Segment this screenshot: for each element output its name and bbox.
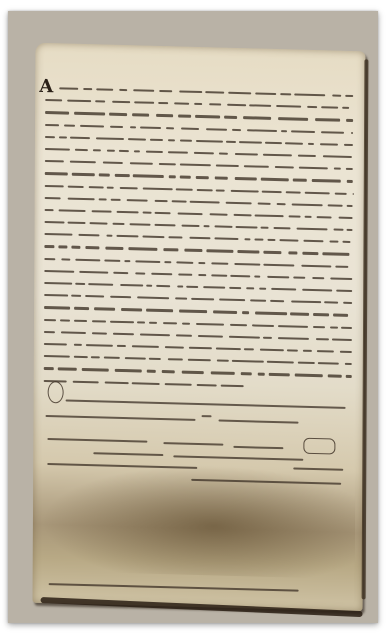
ink-word xyxy=(346,168,353,170)
ink-word xyxy=(332,338,352,341)
ink-word xyxy=(45,197,61,200)
ink-word xyxy=(85,295,104,298)
ink-word xyxy=(103,162,123,165)
ink-word xyxy=(83,88,92,90)
ink-word xyxy=(91,356,100,358)
ink-word xyxy=(110,320,134,323)
ink-word xyxy=(164,261,171,263)
ink-word xyxy=(190,200,220,203)
ink-word xyxy=(45,209,54,211)
ink-word xyxy=(142,236,164,239)
ink-word xyxy=(231,275,251,278)
ink-word xyxy=(243,117,271,120)
ink-word xyxy=(345,375,351,377)
ink-word xyxy=(303,240,323,243)
ink-word xyxy=(331,277,353,280)
ink-word xyxy=(61,331,86,334)
ink-word xyxy=(58,368,77,371)
witness-line xyxy=(173,455,303,460)
ink-word xyxy=(346,95,354,97)
ink-word xyxy=(92,320,107,323)
ink-word xyxy=(334,168,341,170)
ink-word xyxy=(92,210,112,213)
ink-word xyxy=(132,114,149,117)
ink-word xyxy=(209,103,221,106)
ink-word xyxy=(260,288,267,290)
signature-line xyxy=(66,400,346,409)
ink-word xyxy=(110,113,127,116)
ink-word xyxy=(44,343,67,346)
ink-word xyxy=(187,359,210,362)
ink-word xyxy=(143,187,172,190)
ink-word xyxy=(128,248,157,251)
ink-word xyxy=(252,324,274,327)
ink-word xyxy=(191,298,215,301)
ink-word xyxy=(74,319,87,322)
ink-word xyxy=(196,383,217,386)
ink-word xyxy=(237,250,259,253)
ink-word xyxy=(163,249,178,252)
ink-word xyxy=(305,216,312,218)
ink-word xyxy=(86,344,113,347)
ink-word xyxy=(72,246,81,248)
ink-word xyxy=(321,131,344,134)
witness-line xyxy=(233,446,283,449)
ink-word xyxy=(146,285,152,287)
rota-seal-icon xyxy=(303,438,335,455)
ink-word xyxy=(320,143,338,146)
ink-word xyxy=(110,296,131,299)
ink-word xyxy=(221,384,244,387)
ink-word xyxy=(270,300,284,303)
ink-word xyxy=(196,176,208,179)
ink-word xyxy=(156,114,174,117)
ink-word xyxy=(328,204,343,207)
ink-word xyxy=(146,309,173,312)
ink-word xyxy=(82,368,109,371)
ink-word xyxy=(74,307,89,310)
ink-word xyxy=(175,334,191,337)
ink-word xyxy=(118,150,129,152)
ink-word xyxy=(255,92,276,95)
ink-word xyxy=(286,191,301,194)
ink-word xyxy=(132,175,163,178)
ink-word xyxy=(159,90,172,93)
ink-word xyxy=(267,361,294,364)
ink-word xyxy=(128,138,147,141)
ink-word xyxy=(281,130,288,132)
ink-word xyxy=(130,162,153,165)
ink-word xyxy=(175,298,187,301)
ink-word xyxy=(285,142,303,145)
ink-word xyxy=(44,270,74,273)
ink-word xyxy=(278,117,308,120)
ink-word xyxy=(70,136,90,139)
ink-word xyxy=(316,338,329,341)
ink-word xyxy=(150,138,163,141)
ink-word xyxy=(179,164,210,167)
ink-word xyxy=(196,140,223,143)
ink-word xyxy=(181,225,200,228)
ink-word xyxy=(279,239,298,242)
ink-word xyxy=(255,312,287,315)
ink-word xyxy=(295,374,323,377)
ink-word xyxy=(324,301,338,304)
ink-word xyxy=(288,252,297,254)
ink-word xyxy=(198,274,206,276)
ink-word xyxy=(207,250,233,253)
ink-word xyxy=(269,373,290,376)
cross-mark xyxy=(202,415,212,417)
witness-line xyxy=(163,442,223,446)
ink-word xyxy=(154,224,175,227)
ink-word xyxy=(180,176,191,178)
ink-word xyxy=(135,260,160,263)
ink-word xyxy=(140,126,161,129)
ink-word xyxy=(68,222,86,225)
ink-word xyxy=(301,264,331,267)
ink-word xyxy=(189,347,213,350)
ink-word xyxy=(291,313,309,316)
ink-word xyxy=(317,350,334,353)
ink-word xyxy=(130,223,151,226)
ink-word xyxy=(276,203,285,205)
photo-frame: A xyxy=(8,11,378,623)
ink-word xyxy=(244,238,250,240)
ink-word xyxy=(258,202,271,205)
ink-word xyxy=(44,233,72,236)
ink-word xyxy=(267,276,289,279)
ink-word xyxy=(255,214,284,217)
ink-word xyxy=(232,360,263,363)
ink-word xyxy=(44,331,55,333)
ink-word xyxy=(226,140,236,142)
ink-word xyxy=(261,227,269,229)
ink-word xyxy=(298,155,316,158)
ink-word xyxy=(302,289,333,292)
ink-word xyxy=(132,345,159,348)
ink-word xyxy=(219,152,228,154)
ink-word xyxy=(340,351,352,353)
ink-word xyxy=(181,127,199,130)
ink-word xyxy=(335,265,349,268)
ink-word xyxy=(75,283,84,285)
ink-word xyxy=(272,288,296,291)
ink-word xyxy=(155,212,171,215)
ink-word xyxy=(347,205,353,207)
ink-word xyxy=(168,176,175,178)
ink-word xyxy=(214,177,228,180)
ink-word xyxy=(45,148,70,151)
ink-word xyxy=(337,290,353,293)
ink-word xyxy=(119,89,127,91)
ink-word xyxy=(162,370,175,373)
ink-word xyxy=(344,363,351,365)
ink-word xyxy=(313,326,325,329)
chrismon-monogram-icon xyxy=(48,381,64,403)
ink-word xyxy=(211,372,235,375)
ink-word xyxy=(181,371,204,374)
ink-word xyxy=(334,229,344,231)
ink-word xyxy=(45,124,59,127)
ink-word xyxy=(64,124,76,126)
ink-word xyxy=(211,262,228,265)
ink-word xyxy=(342,107,349,109)
ink-word xyxy=(146,151,163,154)
ink-word xyxy=(117,345,126,347)
ink-word xyxy=(234,153,257,156)
ink-word xyxy=(312,179,341,182)
ink-word xyxy=(186,286,198,288)
ink-word xyxy=(112,101,130,104)
parchment-right-edge xyxy=(362,59,369,599)
ink-word xyxy=(104,381,128,384)
ink-word xyxy=(211,274,227,277)
ink-word xyxy=(126,199,147,202)
ink-word xyxy=(176,261,194,264)
ink-word xyxy=(263,336,271,338)
ink-word xyxy=(117,235,139,238)
ink-word xyxy=(264,263,295,266)
ink-word xyxy=(165,383,192,386)
ink-word xyxy=(179,90,202,93)
ink-word xyxy=(275,166,294,169)
ink-word xyxy=(45,99,62,102)
ink-word xyxy=(45,221,65,224)
ink-word xyxy=(124,260,130,262)
ink-word xyxy=(299,167,328,170)
ink-word xyxy=(262,190,282,193)
ink-word xyxy=(44,355,70,358)
ink-word xyxy=(107,150,115,152)
ink-word xyxy=(210,213,228,216)
ink-word xyxy=(59,246,68,248)
witness-line xyxy=(47,438,147,443)
ink-word xyxy=(229,287,242,290)
ink-word xyxy=(217,360,229,362)
ink-word xyxy=(134,150,141,152)
ink-word xyxy=(229,336,260,339)
ink-word xyxy=(156,285,170,288)
ink-word xyxy=(93,149,101,151)
ink-word xyxy=(149,358,161,360)
ink-word xyxy=(110,125,123,128)
ink-word xyxy=(291,130,315,133)
ink-word xyxy=(343,241,351,243)
ink-word xyxy=(143,211,151,213)
ink-word xyxy=(120,284,143,287)
ink-word xyxy=(45,111,69,114)
ink-word xyxy=(44,294,68,297)
ink-word xyxy=(316,216,331,219)
parchment-bottom-edge xyxy=(41,597,363,617)
ink-word xyxy=(75,149,88,152)
parchment-charter: A xyxy=(33,43,366,612)
ink-word xyxy=(174,103,189,106)
ink-word xyxy=(246,287,254,289)
ink-word xyxy=(288,215,300,218)
ink-word xyxy=(95,100,105,102)
ink-word xyxy=(205,91,224,94)
ink-word xyxy=(241,372,252,374)
ink-word xyxy=(74,344,83,346)
ink-word xyxy=(80,271,109,274)
ink-word xyxy=(72,173,96,176)
ink-word xyxy=(176,188,193,191)
ink-word xyxy=(85,246,99,249)
ink-word xyxy=(154,200,167,203)
ink-word xyxy=(307,106,317,108)
ink-word xyxy=(198,335,223,338)
ink-word xyxy=(115,174,129,177)
ink-word xyxy=(99,198,107,200)
ink-word xyxy=(134,101,154,104)
ink-word xyxy=(330,241,338,243)
ink-word xyxy=(92,332,107,335)
ink-word xyxy=(330,326,338,328)
ink-word xyxy=(227,104,245,107)
ink-word xyxy=(343,302,352,304)
ink-word xyxy=(149,321,157,323)
ink-word xyxy=(196,322,224,325)
ink-word xyxy=(293,276,305,279)
ink-word xyxy=(168,139,176,141)
ink-word xyxy=(137,321,145,323)
ink-word xyxy=(261,178,289,181)
ink-word xyxy=(244,348,253,350)
ink-word xyxy=(105,247,123,250)
ink-word xyxy=(132,382,160,385)
ink-word xyxy=(247,129,276,132)
ink-word xyxy=(67,185,83,188)
ink-word xyxy=(318,362,339,365)
witness-line xyxy=(93,452,163,456)
ink-word xyxy=(168,151,188,154)
ink-word xyxy=(323,155,352,158)
ink-word xyxy=(333,314,348,317)
ink-word xyxy=(225,201,252,204)
ink-word xyxy=(169,236,183,239)
ink-word xyxy=(79,234,100,237)
ink-word xyxy=(250,105,272,108)
ink-word xyxy=(45,184,64,187)
ink-word xyxy=(315,118,340,121)
ink-word xyxy=(203,225,209,227)
ink-word xyxy=(239,141,261,144)
ink-word xyxy=(258,373,265,375)
ink-word xyxy=(234,263,260,266)
signature-line xyxy=(46,415,196,421)
ink-word xyxy=(216,165,239,168)
ink-word xyxy=(89,186,104,189)
ink-word xyxy=(99,174,110,176)
ink-word xyxy=(235,177,257,180)
ink-word xyxy=(250,300,266,303)
ink-word xyxy=(273,227,290,230)
ink-word xyxy=(121,308,142,311)
ink-word xyxy=(135,272,145,274)
ink-word xyxy=(219,299,246,302)
ink-word xyxy=(182,322,190,324)
ink-word xyxy=(203,286,225,289)
ink-word xyxy=(346,180,352,182)
ink-word xyxy=(213,311,237,314)
ink-word xyxy=(44,306,70,309)
ink-word xyxy=(216,189,225,191)
ink-word xyxy=(59,136,67,138)
ink-word xyxy=(45,160,64,163)
ink-word xyxy=(163,322,178,325)
ink-word xyxy=(263,154,293,157)
ink-word xyxy=(165,346,183,349)
ink-word xyxy=(107,186,115,188)
ink-word xyxy=(206,128,227,131)
ink-word xyxy=(44,245,54,247)
ink-word xyxy=(177,285,183,287)
ink-word xyxy=(312,277,324,280)
ink-word xyxy=(302,252,319,255)
ink-word xyxy=(185,249,203,252)
ink-word xyxy=(152,273,173,276)
ink-word xyxy=(45,136,55,138)
ink-word xyxy=(44,367,54,369)
ink-word xyxy=(341,326,352,328)
ink-word xyxy=(199,262,205,264)
ink-word xyxy=(298,362,315,365)
ink-word xyxy=(351,132,353,134)
ink-word xyxy=(335,192,347,195)
ink-word xyxy=(234,214,251,217)
ink-word xyxy=(292,203,323,206)
ink-word xyxy=(117,211,139,214)
ink-word xyxy=(305,191,330,194)
ink-word xyxy=(281,93,292,95)
ink-word xyxy=(88,283,113,286)
ink-word xyxy=(296,228,327,231)
ink-word xyxy=(59,87,78,90)
ink-word xyxy=(44,319,56,322)
ink-word xyxy=(195,115,220,118)
ink-word xyxy=(243,165,269,168)
ink-word xyxy=(260,349,283,352)
ink-word xyxy=(235,226,257,229)
ink-word xyxy=(80,124,104,127)
ink-word xyxy=(224,116,237,119)
ink-word xyxy=(138,297,169,300)
ink-word xyxy=(294,93,324,96)
ink-word xyxy=(113,272,129,275)
ink-word xyxy=(179,310,207,313)
ink-word xyxy=(328,375,342,378)
ink-word xyxy=(196,188,212,191)
ink-word xyxy=(178,115,191,118)
ink-word xyxy=(75,258,101,261)
ink-word xyxy=(308,143,314,145)
ink-word xyxy=(254,275,260,277)
ink-word xyxy=(214,225,232,228)
ink-word xyxy=(189,237,210,240)
ink-word xyxy=(265,141,281,144)
ink-word xyxy=(232,128,241,130)
ink-word xyxy=(321,106,339,109)
ink-word xyxy=(338,217,352,220)
ink-word xyxy=(172,200,186,203)
ink-word xyxy=(268,239,275,241)
ink-word xyxy=(67,197,94,200)
ink-word xyxy=(120,186,138,189)
ink-word xyxy=(214,238,238,241)
ink-word xyxy=(216,347,241,350)
